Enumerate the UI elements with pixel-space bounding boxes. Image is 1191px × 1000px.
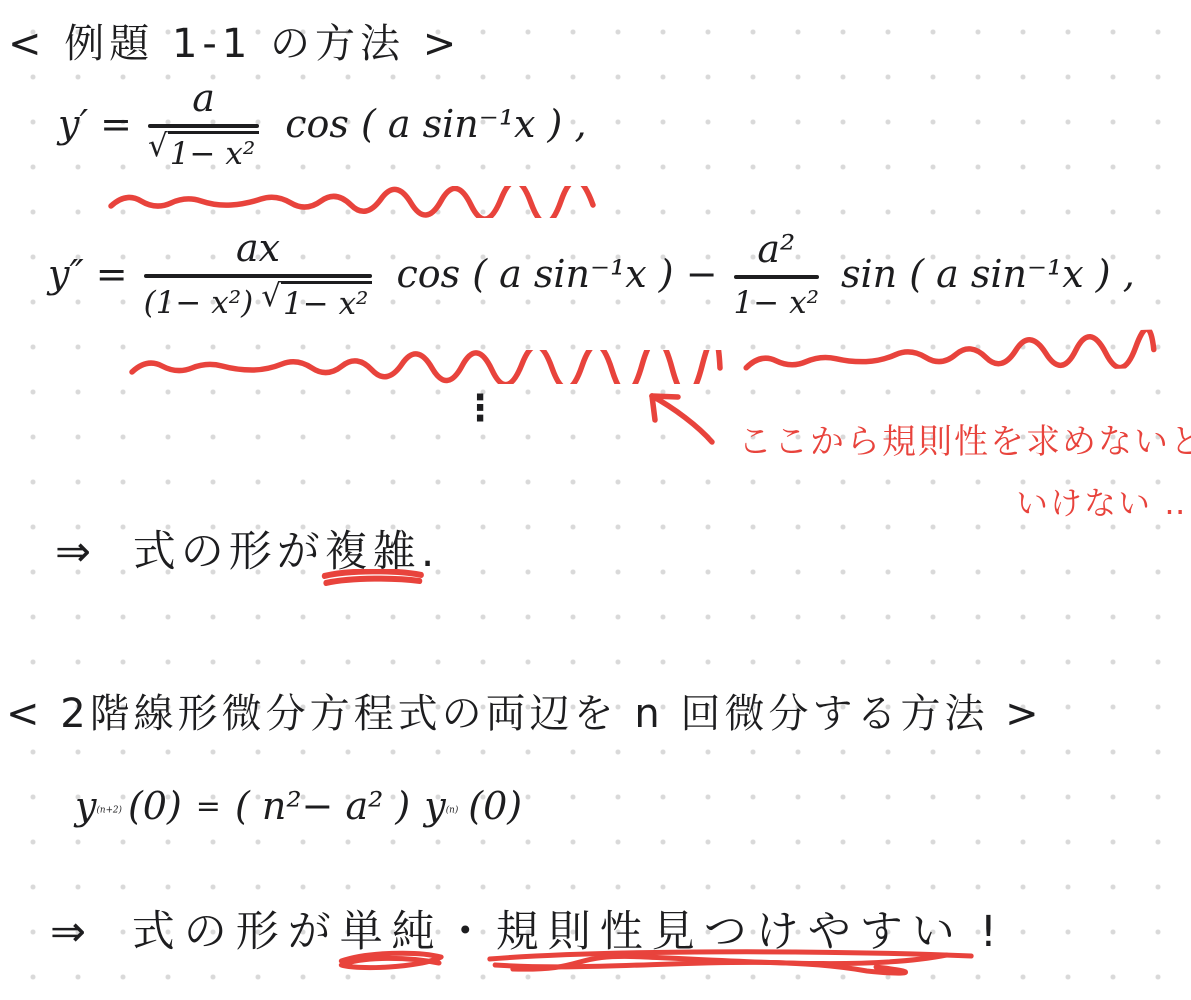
eq3-lhs: y(n+2)(0) xyxy=(75,784,182,828)
eq2-frac2-numerator: a² xyxy=(747,227,805,275)
conclusion2-emphasized-1: 単純 xyxy=(340,898,444,959)
eq2-lhs: y″ = xyxy=(48,252,128,296)
eq2-rhs: sin ( a sin⁻¹x ) , xyxy=(841,252,1135,296)
continuation-mark: ⋮ xyxy=(462,388,498,429)
eq1-denominator: √ 1− x² xyxy=(148,128,259,172)
section2-conclusion: ⇒ 式の形が単純・規則性見つけやすい! xyxy=(50,898,1006,959)
eq2-frac1-radicand: 1− x² xyxy=(281,281,372,322)
emphasized-word: 規則性見つけやすい xyxy=(496,907,964,957)
section1-heading: < 例題 1-1 の方法 > xyxy=(8,12,461,69)
red-arrow-up-left-icon xyxy=(640,388,718,448)
eq2-frac2-denominator: 1− x² xyxy=(734,279,819,321)
red-wavy-underline-2 xyxy=(126,350,726,384)
eq3-rhs-superscript: (n) xyxy=(446,806,459,816)
eq3-lhs-superscript: (n+2) xyxy=(96,806,122,816)
eq2-frac2-den-text: 1− x² xyxy=(734,282,819,321)
conclusion2-emphasized-2: 規則性見つけやすい xyxy=(496,898,964,959)
eq2-middle: cos ( a sin⁻¹x ) − xyxy=(396,252,717,296)
conclusion2-exclamation: ! xyxy=(980,907,1006,957)
emphasized-word: 複雑 xyxy=(325,527,421,577)
eq3-rhs-argument: (0) xyxy=(468,784,522,828)
eq1-rhs: cos ( a sin⁻¹x ) , xyxy=(285,102,586,146)
eq3-coefficient: ( n²− a² ) xyxy=(235,784,410,828)
eq1-numerator: a xyxy=(182,76,225,124)
emphasized-word: 単純 xyxy=(340,907,444,957)
conclusion1-period: . xyxy=(421,527,440,577)
radical-sign: √ xyxy=(261,281,281,312)
eq1-radicand: 1− x² xyxy=(168,131,259,172)
notebook-page: < 例題 1-1 の方法 > y′ = a √ 1− x² cos ( a si… xyxy=(0,0,1191,1000)
eq2-frac1-denominator: (1− x²) √ 1− x² xyxy=(144,278,373,322)
arrow-implies: ⇒ xyxy=(50,907,95,957)
eq3-lhs-base: y xyxy=(75,784,96,828)
radical-sign: √ xyxy=(148,131,168,162)
eq2-frac1-den-prefix: (1− x²) xyxy=(144,281,254,321)
section1-conclusion: ⇒ 式の形が複雑. xyxy=(55,518,439,579)
eq3-rhs-base: y xyxy=(424,784,445,828)
arrow-implies: ⇒ xyxy=(55,527,96,577)
conclusion2-separator: ・ xyxy=(444,907,496,957)
red-wavy-underline-1 xyxy=(105,186,600,218)
red-note-line1: ここから規則性を求めないと xyxy=(738,414,1191,463)
equation-second-derivative: y″ = ax (1− x²) √ 1− x² cos ( a sin⁻¹x )… xyxy=(48,226,1135,322)
eq1-fraction: a √ 1− x² xyxy=(148,76,259,172)
eq3-lhs-argument: (0) xyxy=(128,784,182,828)
conclusion2-text: 式の形が xyxy=(132,907,340,957)
section2-heading: < 2階線形微分方程式の両辺を n 回微分する方法 > xyxy=(6,682,1043,739)
eq1-lhs: y′ = xyxy=(58,102,132,146)
conclusion1-emphasized: 複雑 xyxy=(325,518,421,579)
eq2-frac1-numerator: ax xyxy=(226,226,290,274)
eq2-fraction-2: a² 1− x² xyxy=(734,227,819,321)
conclusion1-text: 式の形が xyxy=(133,527,325,577)
eq3-equals: = xyxy=(196,789,221,824)
equation-first-derivative: y′ = a √ 1− x² cos ( a sin⁻¹x ) , xyxy=(58,76,587,172)
red-wavy-underline-3 xyxy=(739,329,1160,382)
red-note-line2: いけない ‥ xyxy=(1016,478,1188,524)
equation-recurrence: y(n+2)(0) = ( n²− a² ) y(n)(0) xyxy=(75,784,522,828)
eq3-rhs: y(n)(0) xyxy=(424,784,522,828)
eq2-fraction-1: ax (1− x²) √ 1− x² xyxy=(144,226,373,322)
